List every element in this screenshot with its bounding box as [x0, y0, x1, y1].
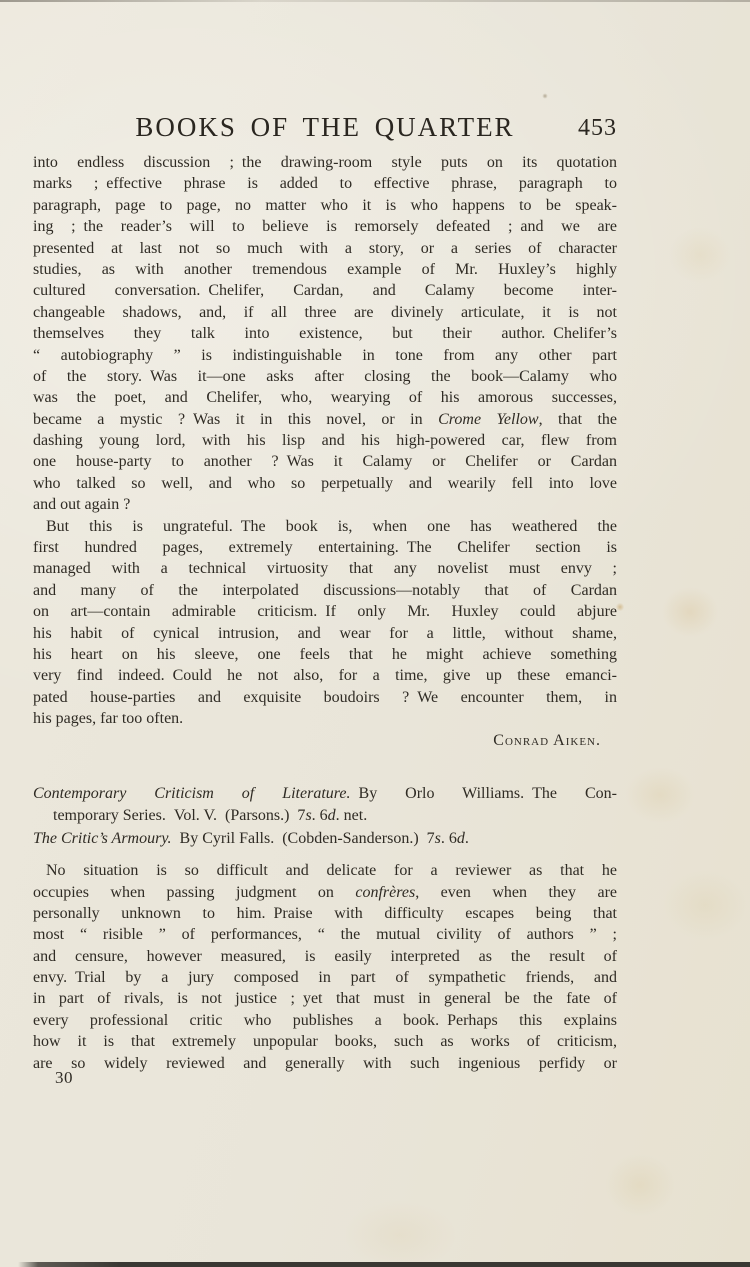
- text-line: No situation is so difficult and delicat…: [33, 860, 617, 881]
- signature-page-number: 30: [55, 1068, 73, 1088]
- text-segment: dashing young lord, with his lisp and hi…: [33, 432, 617, 449]
- text-segment: his heart on his sleeve, one feels that …: [33, 646, 617, 663]
- text-line: marks ; effective phrase is added to eff…: [33, 173, 617, 194]
- text-segment: in part of rivals, is not justice ; yet …: [33, 990, 617, 1007]
- text-line: his pages, far too often.: [33, 708, 617, 729]
- text-line: are so widely reviewed and generally wit…: [33, 1053, 617, 1074]
- text-segment: and censure, however measured, is easily…: [33, 948, 617, 965]
- text-segment: was the poet, and Chelifer, who, wearyin…: [33, 389, 617, 406]
- text-segment: and many of the interpolated discussions…: [33, 582, 617, 599]
- text-line: temporary Series. Vol. V. (Parsons.) 7s.…: [33, 805, 617, 827]
- text-line: But this is ungrateful. The book is, whe…: [33, 516, 617, 537]
- text-line: was the poet, and Chelifer, who, wearyin…: [33, 387, 617, 408]
- text-line: on art—contain admirable criticism. If o…: [33, 601, 617, 622]
- text-segment: cultured conversation. Chelifer, Cardan,…: [33, 282, 617, 299]
- text-segment: who talked so well, and who so perpetual…: [33, 475, 617, 492]
- text-line: every professional critic who publishes …: [33, 1010, 617, 1031]
- text-line: his heart on his sleeve, one feels that …: [33, 644, 617, 665]
- text-line: first hundred pages, extremely entertain…: [33, 537, 617, 558]
- text-line: studies, as with another tremendous exam…: [33, 259, 617, 280]
- text-segment: most “ risible ” of performances, “ the …: [33, 926, 617, 943]
- text-line: how it is that extremely unpopular books…: [33, 1031, 617, 1052]
- text-segment: presented at last not so much with a sto…: [33, 240, 617, 257]
- text-line: and many of the interpolated discussions…: [33, 580, 617, 601]
- text-segment: By Orlo Williams. The Con-: [351, 785, 617, 802]
- text-segment: personally unknown to him. Praise with d…: [33, 905, 617, 922]
- text-segment: themselves they talk into existence, but…: [33, 325, 617, 342]
- text-line: who talked so well, and who so perpetual…: [33, 473, 617, 494]
- text-segment: marks ; effective phrase is added to eff…: [33, 175, 617, 192]
- text-line: became a mystic ? Was it in this novel, …: [33, 409, 617, 430]
- text-line: dashing young lord, with his lisp and hi…: [33, 430, 617, 451]
- text-line: envy. Trial by a jury composed in part o…: [33, 967, 617, 988]
- text-line: most “ risible ” of performances, “ the …: [33, 924, 617, 945]
- text-segment: . net.: [336, 807, 368, 824]
- italic-text: d: [328, 807, 336, 824]
- text-segment: became a mystic ? Was it in this novel, …: [33, 411, 438, 428]
- text-line: and censure, however measured, is easily…: [33, 946, 617, 967]
- text-line: presented at last not so much with a sto…: [33, 238, 617, 259]
- italic-text: Crome Yellow: [438, 411, 539, 428]
- text-segment: , that the: [539, 411, 617, 428]
- text-line: one house-party to another ? Was it Cala…: [33, 451, 617, 472]
- text-line: The Critic’s Armoury. By Cyril Falls. (C…: [33, 828, 617, 850]
- text-line: changeable shadows, and, if all three ar…: [33, 302, 617, 323]
- text-segment: No situation is so difficult and delicat…: [46, 862, 617, 879]
- text-segment: into endless discussion ; the drawing-ro…: [33, 154, 617, 171]
- text-line: in part of rivals, is not justice ; yet …: [33, 988, 617, 1009]
- running-head: BOOKS OF THE QUARTER 453: [33, 112, 617, 152]
- text-segment: . 6: [441, 830, 457, 847]
- text-segment: how it is that extremely unpopular books…: [33, 1033, 617, 1050]
- italic-text: confrères: [355, 884, 415, 901]
- text-line: managed with a technical virtuosity that…: [33, 558, 617, 579]
- text-segment: his pages, far too often.: [33, 710, 183, 727]
- text-segment: changeable shadows, and, if all three ar…: [33, 304, 617, 321]
- text-line: his habit of cynical intrusion, and wear…: [33, 623, 617, 644]
- text-segment: ing ; the reader’s will to believe is re…: [33, 218, 617, 235]
- text-block: BOOKS OF THE QUARTER 453 into endless di…: [33, 0, 617, 1074]
- bibliography: Contemporary Criticism of Literature. By…: [33, 783, 617, 850]
- text-segment: paragraph, page to page, no matter who i…: [33, 197, 617, 214]
- text-line: personally unknown to him. Praise with d…: [33, 903, 617, 924]
- text-segment: of the story. Was it—one asks after clos…: [33, 368, 617, 385]
- text-segment: . 6: [312, 807, 328, 824]
- text-line: paragraph, page to page, no matter who i…: [33, 195, 617, 216]
- text-segment: occupies when passing judgment on: [33, 884, 355, 901]
- text-line: very find indeed. Could he not also, for…: [33, 665, 617, 686]
- text-line: pated house-parties and exquisite boudoi…: [33, 687, 617, 708]
- text-segment: on art—contain admirable criticism. If o…: [33, 603, 617, 620]
- text-segment: his habit of cynical intrusion, and wear…: [33, 625, 617, 642]
- text-line: “ autobiography ” is indistinguishable i…: [33, 345, 617, 366]
- review-paragraph: But this is ungrateful. The book is, whe…: [33, 516, 617, 730]
- text-segment: But this is ungrateful. The book is, whe…: [46, 518, 617, 535]
- text-line: into endless discussion ; the drawing-ro…: [33, 152, 617, 173]
- text-segment: “ autobiography ” is indistinguishable i…: [33, 347, 617, 364]
- bibliography-entry: The Critic’s Armoury. By Cyril Falls. (C…: [33, 828, 617, 850]
- text-line: occupies when passing judgment on confrè…: [33, 882, 617, 903]
- text-segment: first hundred pages, extremely entertain…: [33, 539, 617, 556]
- review-paragraph: No situation is so difficult and delicat…: [33, 860, 617, 1074]
- text-segment: pated house-parties and exquisite boudoi…: [33, 689, 617, 706]
- bibliography-entry: Contemporary Criticism of Literature. By…: [33, 783, 617, 828]
- text-segment: By Cyril Falls. (Cobden-Sanderson.) 7: [172, 830, 435, 847]
- text-line: themselves they talk into existence, but…: [33, 323, 617, 344]
- text-line: ing ; the reader’s will to believe is re…: [33, 216, 617, 237]
- text-line: cultured conversation. Chelifer, Cardan,…: [33, 280, 617, 301]
- text-segment: one house-party to another ? Was it Cala…: [33, 453, 617, 470]
- text-line: of the story. Was it—one asks after clos…: [33, 366, 617, 387]
- text-segment: are so widely reviewed and generally wit…: [33, 1055, 617, 1072]
- text-segment: .: [465, 830, 469, 847]
- italic-text: d: [457, 830, 465, 847]
- text-segment: , even when they are: [415, 884, 617, 901]
- text-segment: envy. Trial by a jury composed in part o…: [33, 969, 617, 986]
- review-paragraph: into endless discussion ; the drawing-ro…: [33, 152, 617, 516]
- reviewer-signature: Conrad Aiken.: [33, 730, 617, 751]
- text-segment: every professional critic who publishes …: [33, 1012, 617, 1029]
- scanned-book-page: BOOKS OF THE QUARTER 453 into endless di…: [0, 0, 750, 1267]
- italic-text: Contemporary Criticism of Literature.: [33, 785, 351, 802]
- text-segment: managed with a technical virtuosity that…: [33, 560, 617, 577]
- page-number: 453: [578, 115, 617, 142]
- text-line: Contemporary Criticism of Literature. By…: [33, 783, 617, 805]
- scan-edge-bottom: [0, 1262, 750, 1267]
- text-segment: and out again ?: [33, 496, 130, 513]
- text-segment: very find indeed. Could he not also, for…: [33, 667, 617, 684]
- text-line: and out again ?: [33, 494, 617, 515]
- page-title: BOOKS OF THE QUARTER: [33, 112, 617, 143]
- text-segment: temporary Series. Vol. V. (Parsons.) 7: [53, 807, 305, 824]
- text-segment: studies, as with another tremendous exam…: [33, 261, 617, 278]
- italic-text: The Critic’s Armoury.: [33, 830, 172, 847]
